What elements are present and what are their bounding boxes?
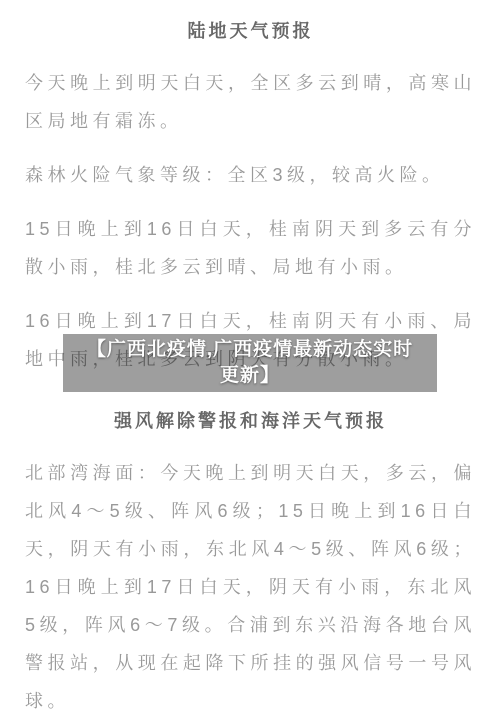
land-forecast-paragraph-fire-risk: 森林火险气象等级：全区3级，较高火险。 xyxy=(25,156,476,194)
land-forecast-title: 陆地天气预报 xyxy=(25,18,476,44)
watermark-overlay: 【广西北疫情,广西疫情最新动态实时更新】 xyxy=(63,334,437,392)
land-forecast-paragraph-tonight: 今天晚上到明天白天，全区多云到晴，高寒山区局地有霜冻。 xyxy=(25,64,476,140)
land-forecast-paragraph-day15-16: 15日晚上到16日白天，桂南阴天到多云有分散小雨，桂北多云到晴、局地有小雨。 xyxy=(25,210,476,286)
marine-forecast-title: 强风解除警报和海洋天气预报 xyxy=(25,408,476,434)
watermark-text: 【广西北疫情,广西疫情最新动态实时更新】 xyxy=(78,337,422,389)
marine-forecast-paragraph: 北部湾海面：今天晚上到明天白天，多云，偏北风4～5级、阵风6级；15日晚上到16… xyxy=(25,454,476,720)
